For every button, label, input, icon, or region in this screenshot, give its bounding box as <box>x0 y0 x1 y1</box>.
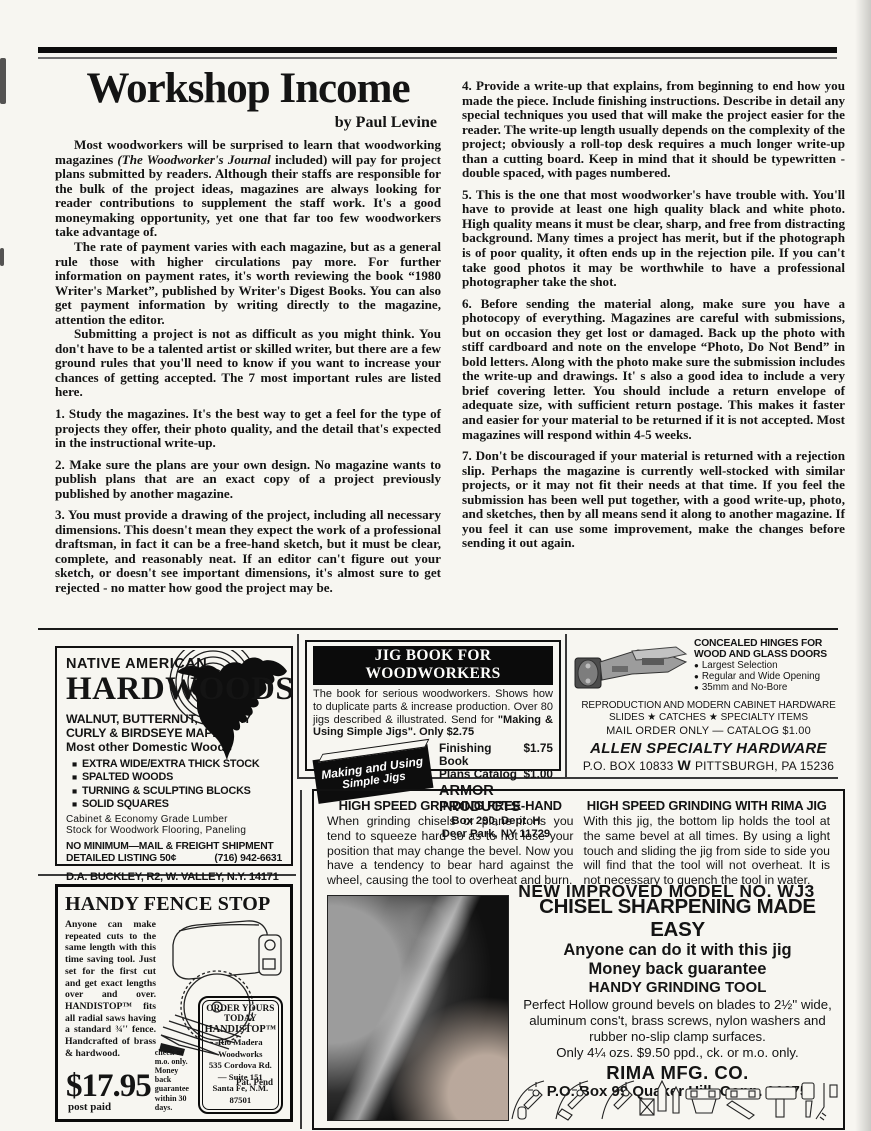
article-right-column: 4. Provide a write-up that explains, fro… <box>462 79 845 551</box>
bullet-dot-icon: ● <box>694 682 699 693</box>
bullet-square-icon: ■ <box>72 758 77 771</box>
allen-headline: WOOD AND GLASS DOORS <box>694 649 845 660</box>
list-item: ■SOLID SQUARES <box>66 798 282 811</box>
page-title: Workshop Income <box>55 66 441 111</box>
hardwoods-listing-row: DETAILED LISTING 50¢ (716) 942-6631 <box>66 853 282 866</box>
hardwoods-brand-line2: HARDWOODS <box>66 673 282 706</box>
price-value: $1.00 <box>523 768 553 781</box>
price: $17.95 <box>66 1071 151 1101</box>
jig-book-header: JIG BOOK FOR WOODWORKERS <box>313 646 553 685</box>
tools-illustration <box>510 1079 840 1121</box>
scan-artifact <box>0 248 4 266</box>
allen-headline-block: CONCEALED HINGES FOR WOOD AND GLASS DOOR… <box>692 638 845 700</box>
page-edge-shadow <box>855 0 871 1131</box>
bullet-dot-icon: ● <box>694 671 699 682</box>
price-postpaid-label: post paid <box>68 1101 151 1113</box>
rule-1: 1. Study the magazines. It's the best wa… <box>55 407 441 451</box>
top-rule <box>38 47 837 53</box>
address-w-mark: W <box>674 757 695 773</box>
hardwoods-brand-line1: NATIVE AMERICAN <box>66 656 282 672</box>
jig-book-body: The book for serious woodworkers. Shows … <box>313 688 553 739</box>
column-divider <box>565 634 567 777</box>
rule-2: 2. Make sure the plans are your own desi… <box>55 458 441 502</box>
scan-artifact <box>0 58 6 104</box>
ad-rima-grinding-jig: HIGH SPEED GRINDING FREE-HAND When grind… <box>312 789 845 1130</box>
rima-headline: Anyone can do it with this jig <box>514 941 841 960</box>
section-divider <box>38 628 838 630</box>
price-label: Finishing Book <box>439 742 523 768</box>
rima-column-title: HIGH SPEED GRINDING FREE-HAND <box>327 798 574 813</box>
rima-jig-column: HIGH SPEED GRINDING WITH RIMA JIG With t… <box>579 798 836 888</box>
bullet-square-icon: ■ <box>72 785 77 798</box>
allen-line: SLIDES ★ CATCHES ★ SPECIALTY ITEMS <box>572 712 845 725</box>
payment-terms: check or m.o. only. Money back guarantee… <box>155 1048 195 1112</box>
allen-top-row: CONCEALED HINGES FOR WOOD AND GLASS DOOR… <box>572 638 845 700</box>
list-item: ●35mm and No-Bore <box>694 682 845 693</box>
column-divider <box>297 634 299 777</box>
byline: by Paul Levine <box>55 114 437 132</box>
rima-intro-columns: HIGH SPEED GRINDING FREE-HAND When grind… <box>314 791 843 888</box>
hardwoods-note: Stock for Woodwork Flooring, Paneling <box>66 825 282 837</box>
list-item: ■TURNING & SCULPTING BLOCKS <box>66 785 282 798</box>
price-block: $17.95 post paid <box>66 1071 151 1114</box>
rule-3: 3. You must provide a drawing of the pro… <box>55 508 441 595</box>
paragraph-italic-text: (The Woodworker's Journal <box>117 152 270 167</box>
order-line: Rio Madera Woodworks <box>205 1037 276 1060</box>
article-paragraph: Most woodworkers will be surprised to le… <box>55 138 441 240</box>
allen-line: REPRODUCTION AND MODERN CABINET HARDWARE <box>572 700 845 712</box>
bullet-square-icon: ■ <box>72 798 77 811</box>
phone-number: (716) 942-6631 <box>214 853 282 866</box>
ad-handy-fence-stop: HANDY FENCE STOP Anyone can make repea <box>55 884 293 1122</box>
allen-headline: CONCEALED HINGES FOR <box>694 638 845 649</box>
rima-offer-block: CHISEL SHARPENING MADE EASY Anyone can d… <box>514 895 841 1100</box>
price-row: Plans Catalog $1.00 <box>439 768 553 781</box>
rima-column-body: With this jig, the bottom lip holds the … <box>584 814 831 888</box>
rima-body: Perfect Hollow ground bevels on blades t… <box>514 997 841 1045</box>
rima-headline: Money back guarantee <box>514 960 841 979</box>
hardwoods-address: D.A. BUCKLEY, R2, W. VALLEY, N.Y. 14171 <box>66 871 282 883</box>
bullet-text: Largest Selection <box>702 660 778 671</box>
rima-column-body: When grinding chisels or plane irons you… <box>327 814 574 888</box>
order-line: 535 Cordova Rd. — Suite 151 <box>205 1060 276 1083</box>
rule-4: 4. Provide a write-up that explains, fro… <box>462 79 845 181</box>
ad-jig-book: JIG BOOK FOR WOODWORKERS The book for se… <box>305 640 561 771</box>
bullet-text: TURNING & SCULPTING BLOCKS <box>82 785 251 798</box>
ad-allen-specialty-hardware: CONCEALED HINGES FOR WOOD AND GLASS DOOR… <box>572 638 845 774</box>
list-item: ●Regular and Wide Opening <box>694 671 845 682</box>
rule-6: 6. Before sending the material along, ma… <box>462 297 845 442</box>
price-value: $1.75 <box>523 742 553 768</box>
article-paragraph: Submitting a project is not as difficult… <box>55 327 441 400</box>
fence-stop-bottom-row: $17.95 post paid check or m.o. only. Mon… <box>66 996 283 1114</box>
rima-price-line: Only 4¼ ozs. $9.50 ppd., ck. or m.o. onl… <box>514 1045 841 1061</box>
bullet-text: SOLID SQUARES <box>82 798 169 811</box>
allen-line: MAIL ORDER ONLY — CATALOG $1.00 <box>572 724 845 738</box>
magazine-page: Workshop Income by Paul Levine Most wood… <box>0 0 871 1131</box>
list-item: ●Largest Selection <box>694 660 845 671</box>
article-paragraph: The rate of payment varies with each mag… <box>55 240 441 327</box>
company-address: P.O. BOX 10833WPITTSBURGH, PA 15236 <box>572 757 845 773</box>
rima-headline: HANDY GRINDING TOOL <box>514 979 841 997</box>
article-left-column: Workshop Income by Paul Levine Most wood… <box>55 66 441 596</box>
hardwoods-note: Cabinet & Economy Grade Lumber <box>66 814 282 826</box>
price-row: Finishing Book $1.75 <box>439 742 553 768</box>
bullet-text: SPALTED WOODS <box>82 771 173 784</box>
ad-native-american-hardwoods: NATIVE AMERICAN HARDWOODS WALNUT, BUTTER… <box>55 646 293 866</box>
order-box-inner: ORDER YOURS TODAY HANDISTOP™ Rio Madera … <box>202 1000 279 1110</box>
fence-stop-title: HANDY FENCE STOP <box>65 893 283 916</box>
grinding-jig-photo <box>327 895 509 1121</box>
listing-price: DETAILED LISTING 50¢ <box>66 853 176 866</box>
order-line: ORDER YOURS TODAY <box>205 1004 276 1024</box>
bullet-square-icon: ■ <box>72 771 77 784</box>
rule-5: 5. This is the one that most woodworker'… <box>462 188 845 290</box>
bullet-text: 35mm and No-Bore <box>702 682 788 693</box>
order-line: HANDISTOP™ <box>205 1024 276 1035</box>
company-name: ALLEN SPECIALTY HARDWARE <box>572 740 845 757</box>
bullet-text: Regular and Wide Opening <box>702 671 820 682</box>
address-text: PITTSBURGH, PA 15236 <box>695 759 834 773</box>
rima-freehand-column: HIGH SPEED GRINDING FREE-HAND When grind… <box>322 798 579 888</box>
address-text: P.O. BOX 10833 <box>583 759 674 773</box>
bullet-dot-icon: ● <box>694 660 699 671</box>
price-label: Plans Catalog <box>439 768 517 781</box>
hardwoods-shipping-line: NO MINIMUM—MAIL & FREIGHT SHIPMENT <box>66 841 282 854</box>
top-rule-secondary <box>38 57 837 59</box>
order-box: ORDER YOURS TODAY HANDISTOP™ Rio Madera … <box>198 996 283 1114</box>
column-divider <box>300 790 302 1129</box>
rima-column-title: HIGH SPEED GRINDING WITH RIMA JIG <box>584 798 831 813</box>
concealed-hinge-photo <box>572 638 692 700</box>
order-line: Santa Fe, N.M. 87501 <box>205 1083 276 1106</box>
list-item: ■SPALTED WOODS <box>66 771 282 784</box>
rima-headline: CHISEL SHARPENING MADE EASY <box>514 895 841 941</box>
rule-7: 7. Don't be discouraged if your material… <box>462 449 845 551</box>
